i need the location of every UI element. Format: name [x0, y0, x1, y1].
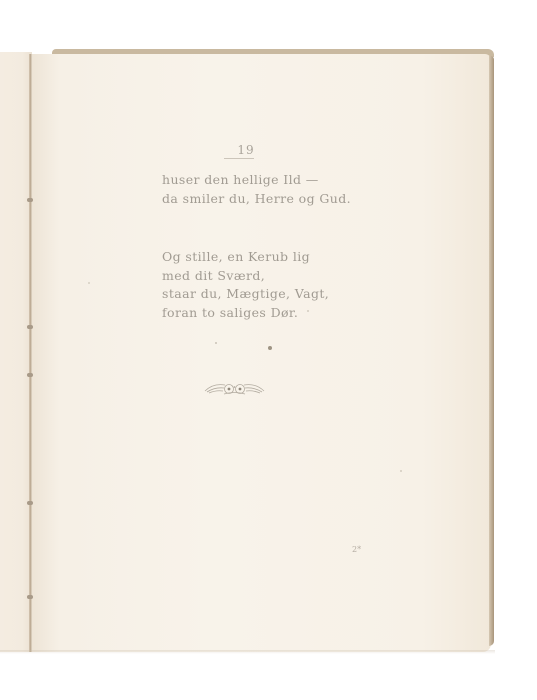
binding-stitch-icon: [27, 325, 33, 329]
binding-stitch-icon: [27, 198, 33, 202]
page-number: 19: [226, 143, 266, 157]
ink-speck: [268, 346, 272, 350]
binding-gutter: [29, 54, 32, 652]
page-fore-edge: [489, 56, 494, 646]
verse-line: foran to saliges Dør.: [162, 304, 329, 323]
verse-line: staar du, Mægtige, Vagt,: [162, 285, 329, 304]
page-bottom-shadow: [0, 650, 495, 654]
verse-line: med dit Sværd,: [162, 267, 329, 286]
binding-stitch-icon: [27, 373, 33, 377]
stanza-1: huser den hellige Ild — da smiler du, He…: [162, 171, 351, 208]
left-page-sliver: [0, 52, 32, 652]
verse-line: Og stille, en Kerub lig: [162, 248, 329, 267]
ink-speck: [307, 310, 309, 312]
winged-rosette-tailpiece-icon: [203, 380, 266, 396]
open-book: 19 huser den hellige Ild — da smiler du,…: [0, 0, 537, 700]
page-number-rule: [224, 158, 254, 159]
verse-line: huser den hellige Ild —: [162, 171, 351, 190]
signature-mark: 2*: [352, 545, 361, 554]
binding-stitch-icon: [27, 501, 33, 505]
ink-speck: [215, 342, 217, 344]
ink-speck: [400, 470, 402, 472]
verse-line: da smiler du, Herre og Gud.: [162, 190, 351, 209]
binding-stitch-icon: [27, 595, 33, 599]
stanza-2: Og stille, en Kerub lig med dit Sværd, s…: [162, 248, 329, 322]
ink-speck: [88, 282, 90, 284]
